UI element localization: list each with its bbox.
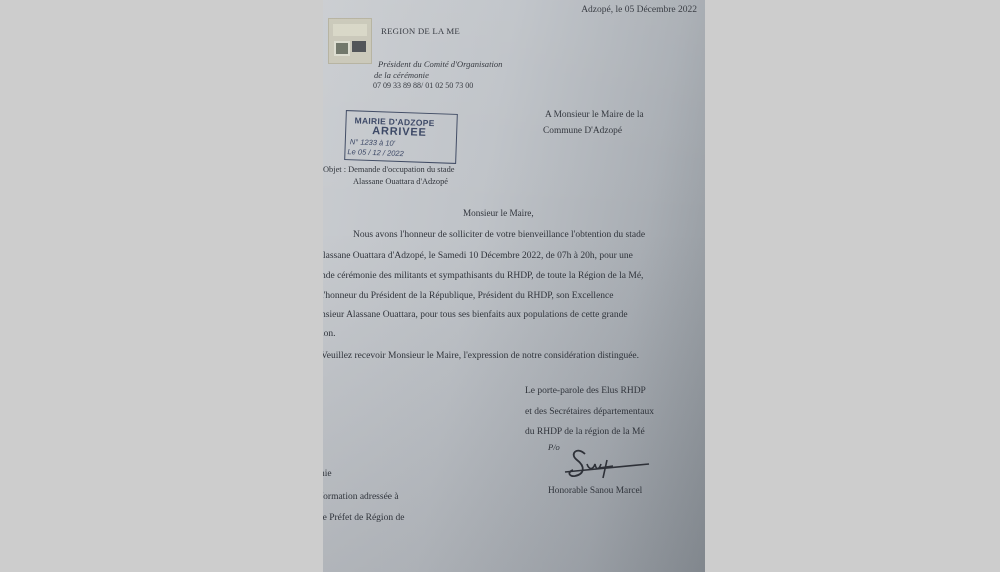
letterhead-president-line2: de la cérémonie	[374, 71, 429, 80]
letterhead-region: REGION DE LA ME	[381, 27, 460, 36]
body-line: nde cérémonie des militants et sympathis…	[323, 272, 643, 282]
signatory-name: Honorable Sanou Marcel	[548, 487, 642, 496]
arrival-stamp: MAIRIE D'ADZOPE ARRIVEE N° 1233 à 10' Le…	[344, 110, 458, 164]
letter-page: Adzopé, le 05 Décembre 2022 REGION DE LA…	[323, 0, 705, 572]
signatory-po: P/o	[548, 443, 560, 452]
closing-line: Veuillez recevoir Monsieur le Maire, l'e…	[323, 352, 639, 362]
object-line2: Alassane Ouattara d'Adzopé	[353, 178, 448, 186]
signatory-line1: Le porte-parole des Elus RHDP	[525, 387, 646, 397]
stamp-line4: Le 05 / 12 / 2022	[347, 147, 404, 158]
letter-date: Adzopé, le 05 Décembre 2022	[581, 6, 697, 16]
body-line: ion.	[323, 330, 336, 340]
copy-line2: formation adressée à	[323, 493, 399, 503]
recipient-line2: Commune D'Adzopé	[543, 127, 622, 136]
stamp-line2: ARRIVEE	[372, 125, 427, 139]
signatory-line2: et des Secrétaires départementaux	[525, 408, 654, 418]
signature-icon	[563, 442, 653, 482]
copy-line3: le Préfet de Région de	[323, 514, 404, 524]
body-line: Nous avons l'honneur de solliciter de vo…	[353, 231, 645, 241]
body-line: lassane Ouattara d'Adzopé, le Samedi 10 …	[323, 252, 633, 262]
object-line1: Objet : Demande d'occupation du stade	[323, 166, 455, 174]
letterhead-president-line1: Président du Comité d'Organisation	[378, 60, 502, 69]
stamp-line3: N° 1233 à 10'	[350, 137, 396, 148]
regional-emblem-icon	[328, 18, 372, 64]
salutation: Monsieur le Maire,	[463, 209, 534, 218]
copy-line1: nie	[323, 470, 332, 480]
letterhead-phones: 07 09 33 89 88/ 01 02 50 73 00	[373, 82, 473, 90]
body-line: l'honneur du Président de la République,…	[323, 292, 613, 302]
body-line: nsieur Alassane Ouattara, pour tous ses …	[323, 311, 628, 321]
signatory-line3: du RHDP de la région de la Mé	[525, 428, 645, 438]
recipient-line1: A Monsieur le Maire de la	[545, 111, 644, 120]
